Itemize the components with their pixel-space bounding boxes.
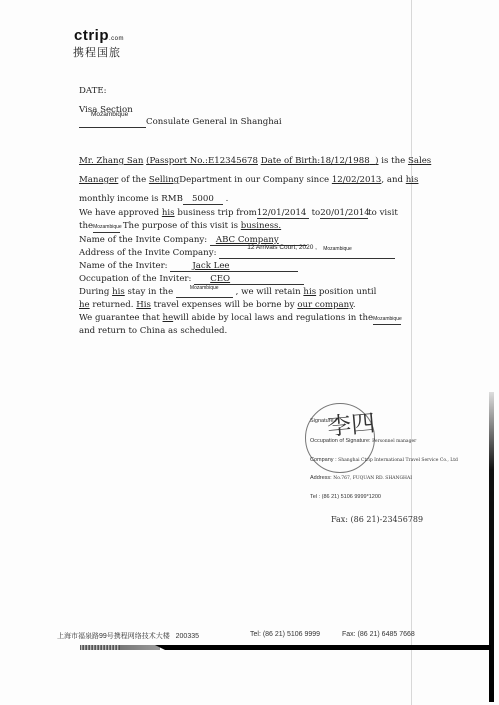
his: His [136,300,151,310]
income-value: 5000 [183,194,223,205]
to-date: 20/01/2014 [320,208,368,219]
his: his [406,175,419,185]
passport-number: E12345678 [208,156,258,166]
and-text: , and [381,175,403,185]
ctrip-logo: ctrip.com [74,27,124,44]
company-value: Shanghai Ctrip International Travel Serv… [338,458,458,463]
period: . [226,194,229,204]
tel-label: Tel : [310,494,320,500]
he: he [79,300,90,310]
company-row: Company : Shanghai Ctrip International T… [310,457,458,463]
invite-address-label: Address of the Invite Company: [79,248,216,258]
expenses-text: travel expenses will be borne by [154,300,295,310]
dob-value: 18/12/1988 [320,156,370,166]
logo-chinese: 携程国旅 [73,44,121,60]
to-text: to [312,208,321,218]
visit-country: Mozambique [93,222,120,233]
consulate-line: Mozambique Consulate General in Shanghai [79,116,282,128]
invite-address-field: 12 Arrivals Court, 2020 ,Mozambique [219,248,395,259]
consulate-country: Mozambique [91,110,128,120]
date-label: DATE: [79,85,107,97]
occupation-signature-row: Occupation of Signature: Personnel manag… [310,438,416,444]
position-part2: Manager [79,175,118,185]
department: Selling [149,175,179,185]
position-until: position until [319,287,377,297]
footer-fax: Fax: (86 21) 6485 7668 [342,631,415,638]
footer-address: 上海市福泉路99号携程网络技术大楼 200335 [57,631,199,641]
to-visit: to visit [368,208,398,218]
inviter-row: Name of the Inviter: Jack Lee [79,260,298,272]
page-fold-line [411,0,412,705]
occupation-signature-value: Personnel manager [372,439,416,444]
p1-line1: Mr. Zhang San (Passport No.:E12345678 Da… [79,155,431,167]
company-label: Company : [310,457,337,463]
logo-text: ctrip [74,27,109,44]
signature-row: Signature : [310,418,337,424]
of-the: of the [121,175,146,185]
inviter-label: Name of the Inviter: [79,261,168,271]
footer-bar-black [155,645,491,650]
during: During [79,287,109,297]
p2-line1: We have approved his business trip from1… [79,207,398,219]
from-date: 12/01/2014 [257,208,309,219]
passport-label: (Passport No.: [146,156,208,166]
footer-address-cn: 上海市福泉路99号携程网络技术大楼 [57,633,170,640]
p2-line2: theMozambique The purpose of this visit … [79,220,281,233]
paren-close: ) [375,156,378,166]
his: his [303,287,316,297]
invite-address-country: Mozambique [323,244,352,254]
tel-value: (86 21) 5106 9999*1200 [322,494,381,500]
period: . [353,300,356,310]
inviter-field: Jack Lee [170,261,298,272]
p3-line1: During his stay in the Mozambique , we w… [79,286,376,298]
scan-edge-bar [489,392,494,702]
returned: returned. [92,300,133,310]
purpose-text: The purpose of this visit is [123,221,238,231]
consulate-text: Consulate General in Shanghai [146,117,282,127]
tel-row: Tel : (86 21) 5106 9999*1200 [310,494,381,500]
applicant-name: Mr. Zhang San [79,156,143,166]
invite-address-value: 12 Arrivals Court, 2020 , [247,243,317,253]
the: the [79,221,93,231]
consulate-country-field: Mozambique [79,117,146,128]
is-the: is the [381,156,405,166]
income-label: monthly income is RMB [79,194,183,204]
inviter-occupation-label: Occupation of the Inviter: [79,274,191,284]
occupation-signature-label: Occupation of Signature: [310,438,371,444]
his: his [162,208,175,218]
footer-barcode [80,645,120,650]
fax-line: Fax: (86 21)-23456789 [331,515,423,524]
address-label: Address: [310,475,332,481]
stay-in: stay in the [128,287,174,297]
retain-text: , we will retain [236,287,301,297]
purpose-value: business. [241,221,281,231]
p3-line2: he returned. His travel expenses will be… [79,299,356,311]
invite-address-row: Address of the Invite Company: 12 Arriva… [79,247,395,259]
he: he [163,313,174,323]
our-company: our company [297,300,353,310]
invite-company-label: Name of the Invite Company: [79,235,207,245]
dob-label: Date of Birth: [261,156,320,166]
his: his [112,287,125,297]
footer-bar-grey [120,645,160,650]
trip-from: business trip from [177,208,257,218]
p4-line1: We guarantee that hewill abide by local … [79,312,401,325]
guarantee-text: We guarantee that [79,313,160,323]
address-row: Address: No.767, FUQUAN RD. SHANGHAI [310,475,412,481]
department-rest: Department in our Company since [179,175,329,185]
approved-text: We have approved [79,208,159,218]
p1-line2: Manager of the SellingDepartment in our … [79,174,418,186]
signature-label: Signature : [310,418,337,424]
footer-postcode: 200335 [176,633,199,640]
stay-country-field: Mozambique [176,287,233,298]
inviter-value: Jack Lee [170,261,229,271]
stay-country: Mozambique [190,283,219,293]
since-date: 12/02/2013 [332,175,382,185]
abide-country: Mozambique [373,314,401,325]
p4-line2: and return to China as scheduled. [79,325,227,337]
footer-tel: Tel: (86 21) 5106 9999 [250,631,320,638]
logo-domain: .com [109,36,124,42]
p1-line3: monthly income is RMB5000 . [79,193,228,205]
abide-text: will abide by local laws and regulations… [173,313,373,323]
address-value: No.767, FUQUAN RD. SHANGHAI [333,476,412,481]
position-part1: Sales [408,156,431,166]
